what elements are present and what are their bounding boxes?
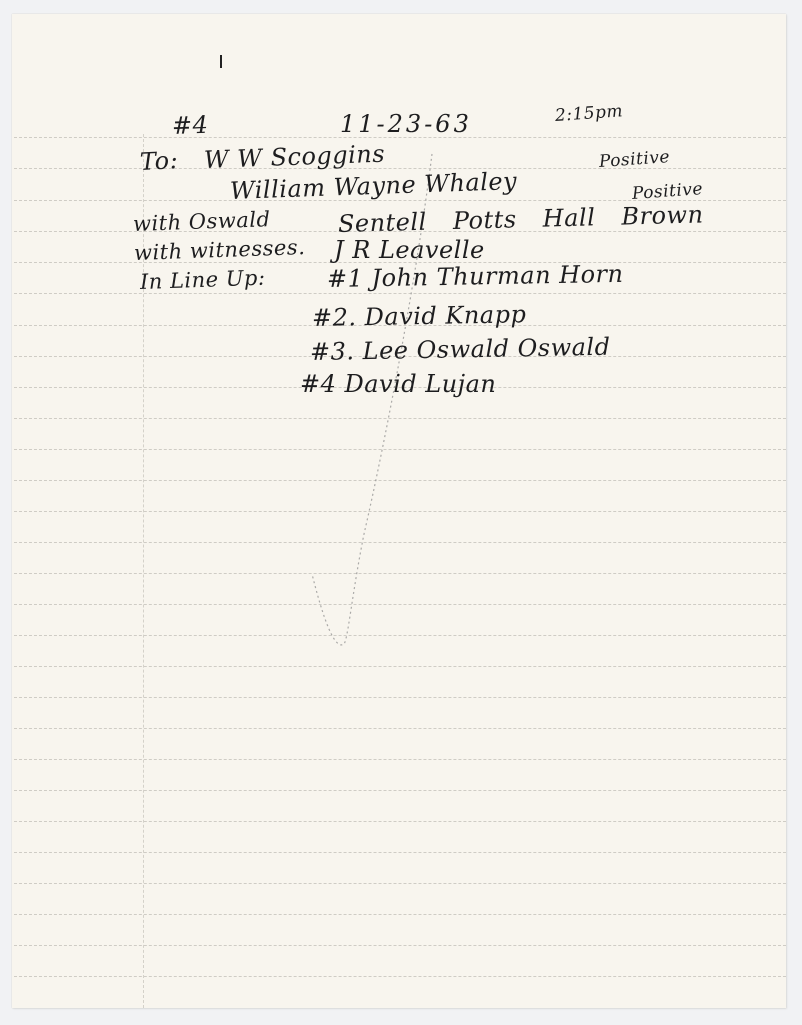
- handwritten-page: #4 11-23-63 2:15pm To: W W Scoggins Posi…: [12, 14, 786, 1008]
- ruled-line: [14, 914, 786, 915]
- ruled-line: [14, 790, 786, 791]
- line-label-with-oswald: with Oswald: [133, 207, 271, 236]
- ruled-line: [14, 666, 786, 667]
- note-time: 2:15pm: [554, 101, 623, 126]
- ruled-line: [14, 976, 786, 977]
- ruled-line: [14, 293, 786, 294]
- ruled-line: [14, 945, 786, 946]
- line-label-with-witnesses: with witnesses.: [134, 235, 306, 265]
- ruled-line: [14, 511, 786, 512]
- lineup-member: #1 John Thurman Horn: [327, 260, 624, 293]
- lineup-member: #3. Lee Oswald Oswald: [310, 333, 611, 366]
- officers-names: Sentell Potts Hall Brown: [338, 200, 704, 238]
- ruled-line: [14, 821, 786, 822]
- ruled-line: [14, 852, 786, 853]
- line-label-lineup: In Line Up:: [140, 266, 266, 294]
- ruled-line: [14, 573, 786, 574]
- ruled-line: [14, 635, 786, 636]
- ruled-line: [14, 883, 786, 884]
- lineup-member: #4 David Lujan: [300, 370, 496, 398]
- stray-mark: [220, 55, 222, 68]
- ruled-line: [14, 728, 786, 729]
- ruled-line: [14, 449, 786, 450]
- ruled-line: [14, 604, 786, 605]
- margin-rule: [143, 134, 144, 1008]
- ruled-line: [14, 168, 786, 169]
- note-number: #4: [172, 111, 209, 140]
- ruled-line: [14, 697, 786, 698]
- officer-name: J R Leavelle: [334, 236, 485, 264]
- note-date: 11-23-63: [340, 110, 472, 138]
- ruled-line: [14, 759, 786, 760]
- ruled-line: [14, 418, 786, 419]
- lineup-member: #2. David Knapp: [312, 300, 527, 332]
- ruled-line: [14, 542, 786, 543]
- line-label-to: To:: [139, 146, 179, 176]
- ruled-line: [14, 480, 786, 481]
